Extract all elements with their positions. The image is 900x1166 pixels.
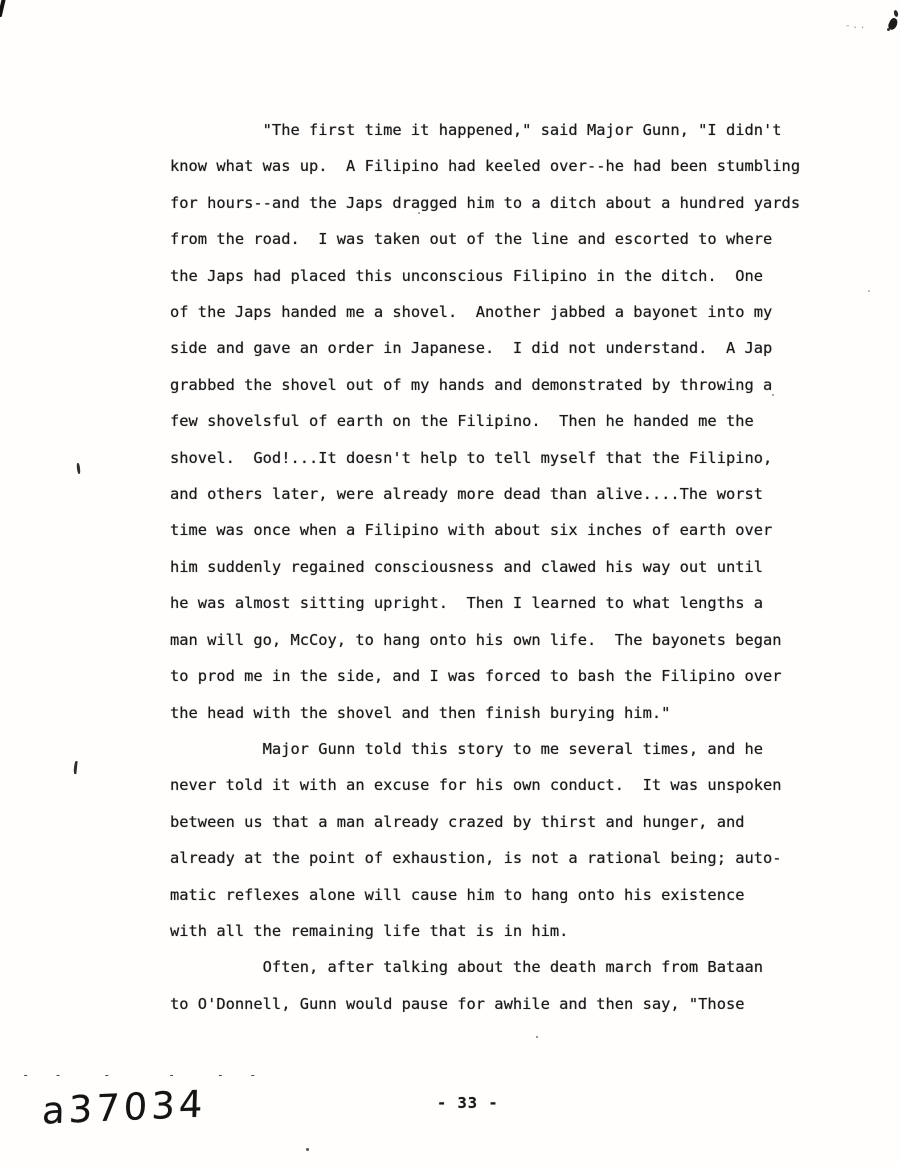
noise-speck <box>772 394 774 396</box>
margin-tick <box>73 761 77 774</box>
noise-speck <box>536 1036 538 1038</box>
text-line: man will go, McCoy, to hang onto his own… <box>170 622 890 658</box>
text-line: "The first time it happened," said Major… <box>170 112 890 148</box>
text-line: side and gave an order in Japanese. I di… <box>170 330 890 366</box>
text-line: matic reflexes alone will cause him to h… <box>170 877 890 913</box>
noise-speck <box>418 212 420 214</box>
text-line: the head with the shovel and then finish… <box>170 695 890 731</box>
text-line: of the Japs handed me a shovel. Another … <box>170 294 890 330</box>
noise-speck <box>868 290 870 292</box>
text-line: to prod me in the side, and I was forced… <box>170 658 890 694</box>
ink-blob-top-right <box>886 8 900 34</box>
text-line: with all the remaining life that is in h… <box>170 913 890 949</box>
text-line: Often, after talking about the death mar… <box>170 949 890 985</box>
ink-blob-part <box>893 10 899 18</box>
text-line: for hours--and the Japs dragged him to a… <box>170 185 890 221</box>
text-line: Major Gunn told this story to me several… <box>170 731 890 767</box>
margin-tick <box>76 463 80 474</box>
text-line: grabbed the shovel out of my hands and d… <box>170 367 890 403</box>
ink-blob-part <box>887 28 890 31</box>
pencil-dash-row: - - - - - - <box>22 1068 265 1082</box>
text-line: between us that a man already crazed by … <box>170 804 890 840</box>
text-line: the Japs had placed this unconscious Fil… <box>170 258 890 294</box>
text-line: from the road. I was taken out of the li… <box>170 221 890 257</box>
text-line: and others later, were already more dead… <box>170 476 890 512</box>
noise-speck <box>713 196 715 198</box>
text-line: already at the point of exhaustion, is n… <box>170 840 890 876</box>
text-line: time was once when a Filipino with about… <box>170 512 890 548</box>
document-page: -.. "The first time it happened," said M… <box>0 0 900 1166</box>
text-line: him suddenly regained consciousness and … <box>170 549 890 585</box>
typed-text-block: "The first time it happened," said Major… <box>170 112 890 1022</box>
text-line: know what was up. A Filipino had keeled … <box>170 148 890 184</box>
scan-mark-top-left <box>0 0 6 17</box>
noise-speck <box>306 1148 309 1151</box>
scan-marks-top-right: -.. <box>845 21 867 31</box>
handwritten-archive-number: a37034 <box>42 1082 207 1132</box>
text-line: few shovelsful of earth on the Filipino.… <box>170 403 890 439</box>
text-line: he was almost sitting upright. Then I le… <box>170 585 890 621</box>
text-line: never told it with an excuse for his own… <box>170 767 890 803</box>
text-line: to O'Donnell, Gunn would pause for awhil… <box>170 986 890 1022</box>
page-number: - 33 - <box>437 1094 499 1112</box>
text-line: shovel. God!...It doesn't help to tell m… <box>170 440 890 476</box>
